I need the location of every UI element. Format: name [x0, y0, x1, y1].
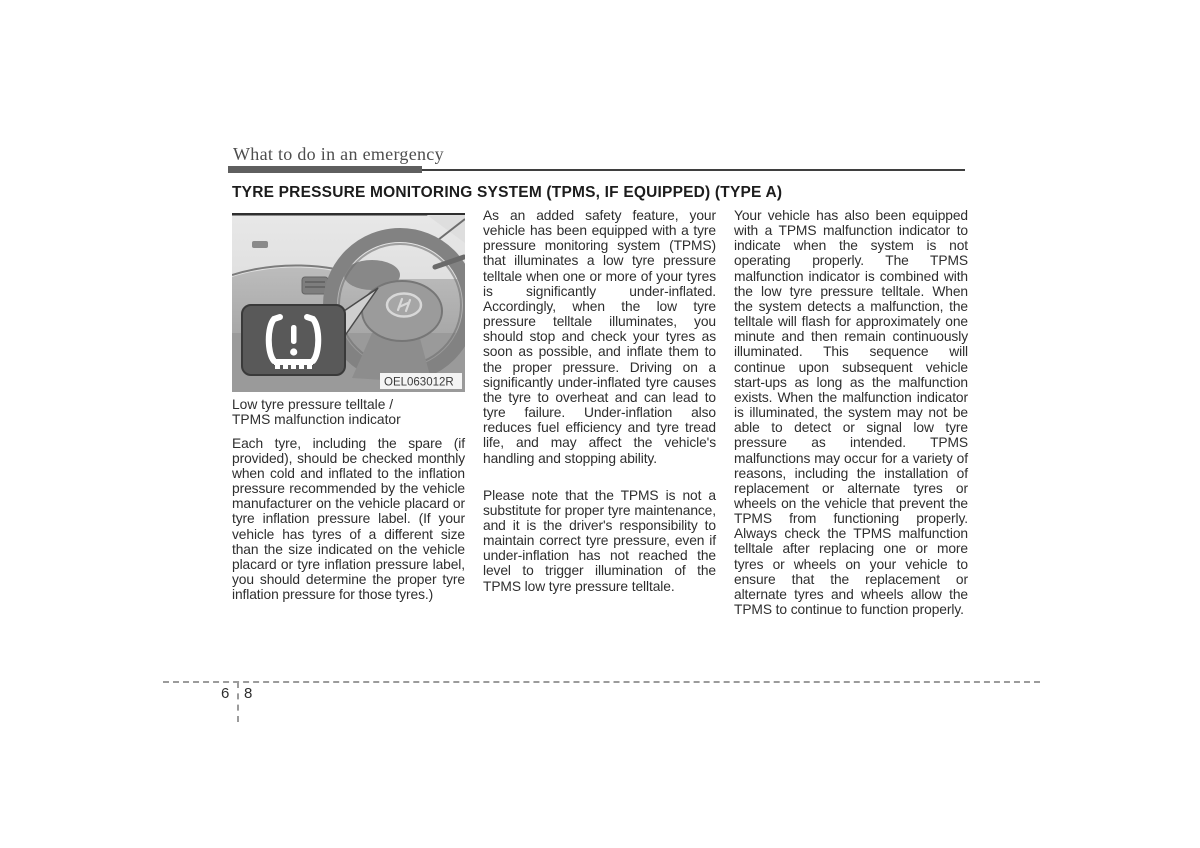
chapter-number: 6 — [221, 685, 229, 702]
paragraph-col1: Each tyre, including the spare (if provi… — [232, 436, 465, 603]
manual-page: What to do in an emergency TYRE PRESSURE… — [0, 0, 1200, 848]
page-title: TYRE PRESSURE MONITORING SYSTEM (TPMS, I… — [232, 184, 992, 202]
dashboard-photo: OEL063012R — [232, 213, 465, 392]
footer-page-separator — [237, 682, 239, 722]
paragraph-col3: Your vehicle has also been equipped with… — [734, 208, 968, 617]
footer-divider — [163, 681, 1040, 683]
page-number: 8 — [244, 685, 252, 702]
paragraph-col2-2: Please note that the TPMS is not a subst… — [483, 488, 716, 594]
figure-caption-line2: TPMS malfunction indicator — [232, 413, 465, 428]
header-rule-accent — [228, 166, 422, 173]
photo-code: OEL063012R — [384, 377, 454, 389]
column-3: Your vehicle has also been equipped with… — [734, 208, 968, 617]
paragraph-col2-1: As an added safety feature, your vehicle… — [483, 208, 716, 466]
tpms-warning-icon — [242, 305, 345, 375]
figure-caption-line1: Low tyre pressure telltale / — [232, 398, 465, 413]
running-header: What to do in an emergency — [233, 144, 444, 165]
dashboard-illustration: OEL063012R — [232, 213, 465, 392]
figure-caption: Low tyre pressure telltale / TPMS malfun… — [232, 398, 465, 428]
column-2: As an added safety feature, your vehicle… — [483, 208, 716, 594]
steering-wheel-logo-icon — [387, 294, 421, 317]
column-1: OEL063012R Low tyre pressure telltale / … — [232, 213, 465, 602]
